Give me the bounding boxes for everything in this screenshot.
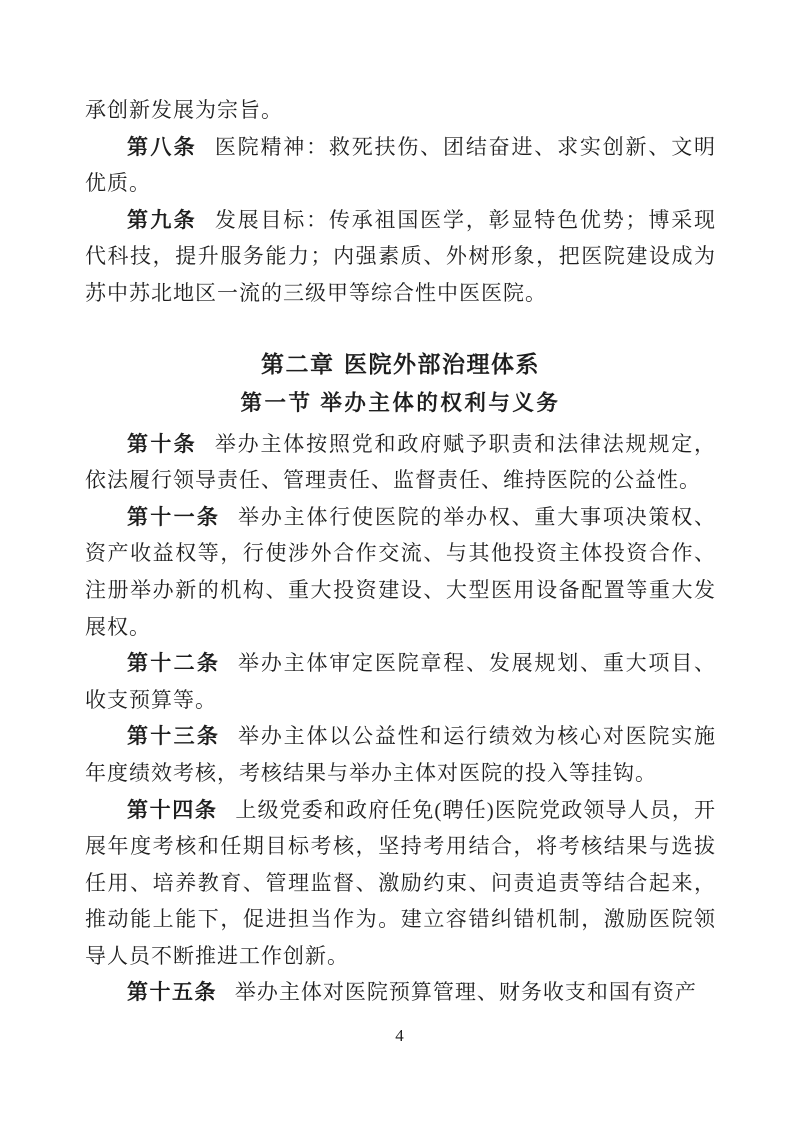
article-8-number: 第八条 <box>127 135 215 159</box>
article-10-number: 第十条 <box>127 432 215 456</box>
article-9-number: 第九条 <box>127 208 215 232</box>
article-9: 第九条发展目标：传承祖国医学，彰显特色优势；博采现代科技，提升服务能力；内强素质… <box>85 202 716 312</box>
page-number: 4 <box>0 1026 799 1046</box>
article-10: 第十条举办主体按照党和政府赋予职责和法律法规规定，依法履行领导责任、管理责任、监… <box>85 426 716 499</box>
article-8: 第八条医院精神：救死扶伤、团结奋进、求实创新、文明优质。 <box>85 129 716 202</box>
article-13-number: 第十三条 <box>127 724 238 748</box>
article-15: 第十五条举办主体对医院预算管理、财务收支和国有资产 <box>85 974 716 1011</box>
article-14: 第十四条上级党委和政府任免(聘任)医院党政领导人员，开展年度考核和任期目标考核，… <box>85 792 716 975</box>
article-14-text: 上级党委和政府任免(聘任)医院党政领导人员，开展年度考核和任期目标考核，坚持考用… <box>85 798 716 968</box>
article-13: 第十三条举办主体以公益性和运行绩效为核心对医院实施年度绩效考核，考核结果与举办主… <box>85 718 716 791</box>
article-12: 第十二条举办主体审定医院章程、发展规划、重大项目、收支预算等。 <box>85 645 716 718</box>
article-14-number: 第十四条 <box>127 798 235 822</box>
paragraph-continuation: 承创新发展为宗旨。 <box>85 92 716 129</box>
article-12-number: 第十二条 <box>127 651 238 675</box>
document-page: 承创新发展为宗旨。 第八条医院精神：救死扶伤、团结奋进、求实创新、文明优质。 第… <box>0 0 799 1130</box>
article-11: 第十一条举办主体行使医院的举办权、重大事项决策权、资产收益权等，行使涉外合作交流… <box>85 499 716 645</box>
article-11-number: 第十一条 <box>127 505 238 529</box>
article-15-number: 第十五条 <box>127 980 235 1004</box>
document-body: 承创新发展为宗旨。 第八条医院精神：救死扶伤、团结奋进、求实创新、文明优质。 第… <box>85 92 716 1011</box>
section-heading: 第一节 举办主体的权利与义务 <box>85 384 716 422</box>
article-15-text: 举办主体对医院预算管理、财务收支和国有资产 <box>235 980 697 1004</box>
chapter-heading: 第二章 医院外部治理体系 <box>85 346 716 384</box>
